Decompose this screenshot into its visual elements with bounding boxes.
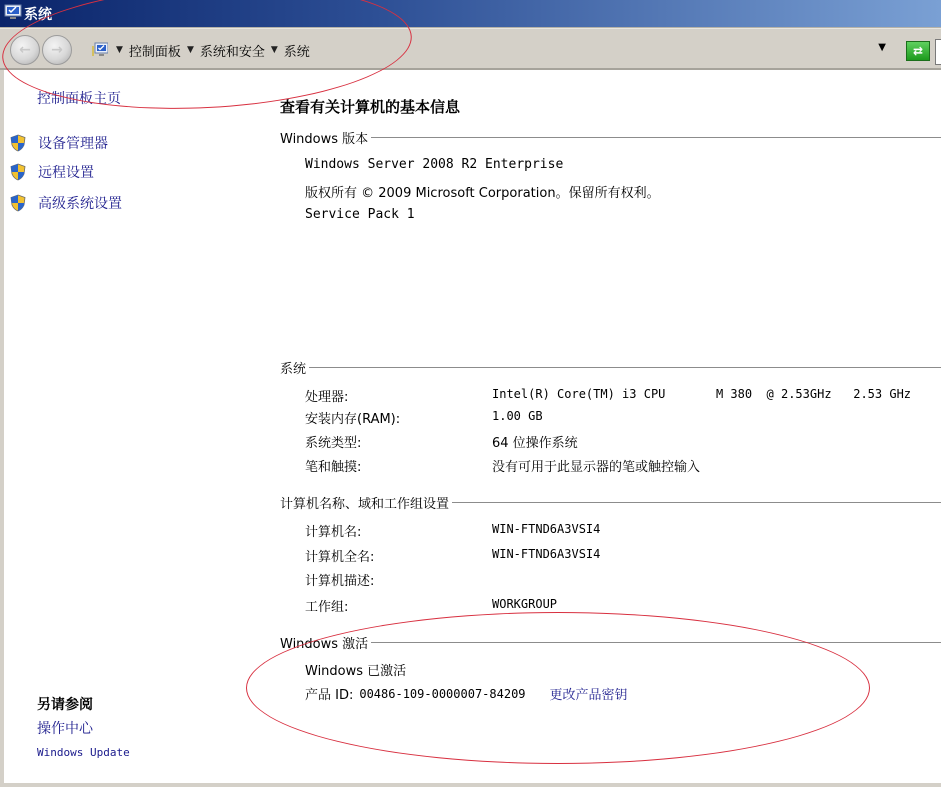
group-title: Windows 激活 [280, 633, 371, 652]
main-content: 查看有关计算机的基本信息 Windows 版本 Windows Server 2… [280, 70, 941, 783]
processor-label: 处理器: [305, 386, 348, 405]
chevron-down-icon[interactable]: ▼ [116, 45, 123, 55]
divider [371, 642, 941, 643]
divider [452, 502, 941, 503]
pen-touch-value: 没有可用于此显示器的笔或触控输入 [492, 456, 700, 475]
forward-arrow-icon: → [51, 42, 63, 58]
breadcrumb-system-security[interactable]: 系统和安全 [200, 41, 265, 60]
activation-header: Windows 激活 [280, 633, 941, 652]
breadcrumb-system[interactable]: 系统 [284, 41, 310, 60]
computer-name-value: WIN-FTND6A3VSI4 [492, 522, 600, 536]
full-computer-name-value: WIN-FTND6A3VSI4 [492, 547, 600, 561]
copyright-text: 版权所有 © 2009 Microsoft Corporation。保留所有权利… [305, 182, 660, 201]
activation-status: Windows 已激活 [305, 660, 406, 679]
windows-edition-header: Windows 版本 [280, 128, 941, 147]
breadcrumb-control-panel[interactable]: 控制面板 [129, 41, 181, 60]
computer-monitor-icon [4, 4, 22, 20]
computer-name-label: 计算机名: [305, 521, 361, 540]
refresh-icon: ⇄ [913, 44, 923, 58]
back-arrow-icon: ← [19, 42, 31, 58]
uac-shield-icon [10, 163, 26, 181]
computer-description-label: 计算机描述: [305, 570, 374, 589]
ram-label: 安装内存(RAM): [305, 408, 400, 427]
system-header: 系统 [280, 358, 941, 377]
control-panel-icon [92, 42, 108, 58]
window-title: 系统 [24, 4, 52, 24]
product-id-row: 产品 ID: 00486-109-0000007-84209 更改产品密钥 [305, 684, 628, 703]
address-bar[interactable]: ▼ 控制面板 ▼ 系统和安全 ▼ 系统 ▼ [92, 36, 904, 64]
full-computer-name-label: 计算机全名: [305, 546, 374, 565]
sidebar-item-label: 设备管理器 [38, 133, 108, 153]
system-type-value: 64 位操作系统 [492, 432, 578, 451]
sidebar: 控制面板主页 设备管理器 远程设置 高级系统设置 另请参阅 操作中心 Windo… [0, 70, 260, 783]
see-also-action-center[interactable]: 操作中心 [37, 718, 93, 738]
pen-touch-label: 笔和触摸: [305, 456, 361, 475]
see-also-heading: 另请参阅 [37, 694, 93, 714]
chevron-down-icon[interactable]: ▼ [271, 45, 278, 55]
workgroup-value: WORKGROUP [492, 597, 557, 611]
group-title: Windows 版本 [280, 128, 371, 147]
sidebar-item-label: 高级系统设置 [38, 193, 122, 213]
processor-value: Intel(R) Core(TM) i3 CPU M 380 @ 2.53GHz… [492, 387, 911, 401]
ram-value: 1.00 GB [492, 409, 543, 423]
sidebar-item-remote-settings[interactable]: 远程设置 [10, 162, 94, 182]
service-pack: Service Pack 1 [305, 207, 415, 222]
uac-shield-icon [10, 134, 26, 152]
product-id-label: 产品 ID: [305, 684, 353, 703]
workgroup-label: 工作组: [305, 596, 348, 615]
product-id-value: 00486-109-0000007-84209 [359, 687, 525, 701]
window-titlebar: 系统 [0, 0, 941, 28]
computer-name-header: 计算机名称、域和工作组设置 [280, 493, 941, 512]
back-button[interactable]: ← [10, 35, 40, 65]
uac-shield-icon [10, 194, 26, 212]
search-input[interactable] [935, 39, 941, 65]
group-title: 系统 [280, 358, 309, 377]
sidebar-item-advanced-settings[interactable]: 高级系统设置 [10, 193, 122, 213]
divider [309, 367, 941, 368]
group-title: 计算机名称、域和工作组设置 [280, 493, 452, 512]
see-also-windows-update[interactable]: Windows Update [37, 746, 130, 759]
window-border-bottom [0, 783, 941, 787]
system-type-label: 系统类型: [305, 432, 361, 451]
divider [371, 137, 941, 138]
sidebar-item-device-manager[interactable]: 设备管理器 [10, 133, 108, 153]
windows-edition-name: Windows Server 2008 R2 Enterprise [305, 157, 563, 172]
dropdown-arrow-icon[interactable]: ▼ [878, 42, 886, 53]
refresh-button[interactable]: ⇄ [906, 41, 930, 61]
navigation-bar: ← → ▼ 控制面板 ▼ 系统和安全 ▼ 系统 ▼ ⇄ [0, 28, 941, 70]
sidebar-control-panel-home[interactable]: 控制面板主页 [37, 88, 121, 108]
page-title: 查看有关计算机的基本信息 [280, 96, 460, 117]
sidebar-item-label: 远程设置 [38, 162, 94, 182]
change-product-key-link[interactable]: 更改产品密钥 [550, 684, 628, 703]
chevron-down-icon[interactable]: ▼ [187, 45, 194, 55]
forward-button[interactable]: → [42, 35, 72, 65]
